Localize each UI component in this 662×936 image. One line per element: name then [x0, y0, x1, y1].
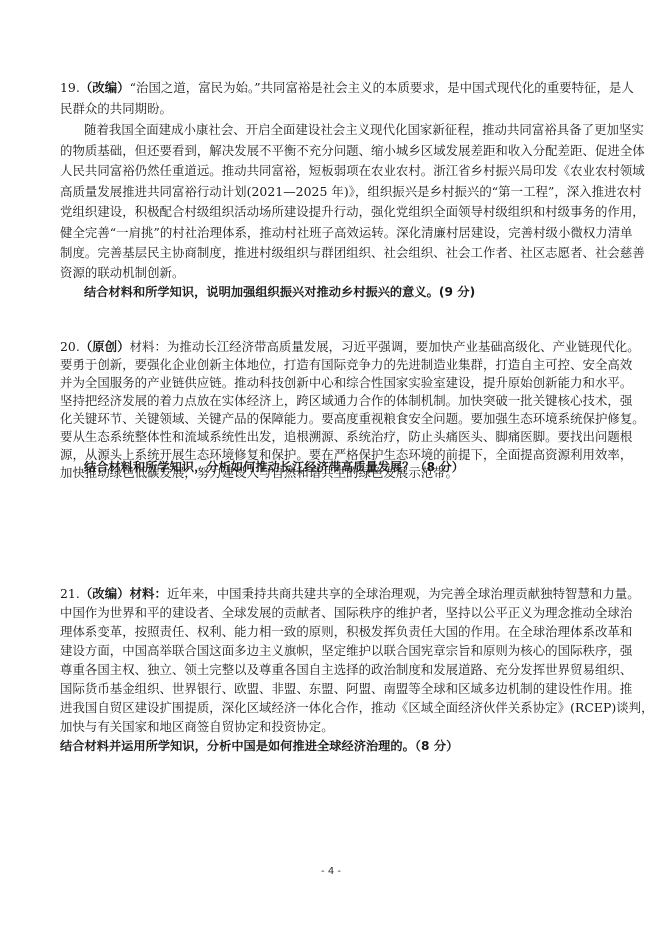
q19-material-line: 的物质基础，但还要看到，解决发展不平衡不充分问题、缩小城乡区域发展差距和收入分配…	[60, 143, 645, 159]
q20-first-line: 20.（原创）材料：为推动长江经济带高质量发展，习近平强调，要加快产业基础高级化…	[60, 339, 640, 355]
q21-first-line-text: 近年来，中国秉持共商共建共享的全球治理观，为完善全球治理贡献独特智慧和力量。	[167, 586, 640, 601]
q19-material-line: 制度。完善基层民主协商制度，推进村级组织与群团组织、社会组织、社会工作者、社区志…	[60, 245, 645, 261]
q20-material-line: 化关键环节、关键领域、关键产品的保障能力。要高度重视粮食安全问题。要加强生态环境…	[60, 411, 645, 427]
q19-material-line: 资源的联动机制创新。	[60, 265, 184, 281]
q21-material-line: 中国作为世界和平的建设者、全球发展的贡献者、国际秩序的维护者，坚持以公平正义为理…	[60, 605, 632, 621]
q21-question: 结合材料并运用所学知识，分析中国是如何推进全球经济治理的。（8 分）	[60, 738, 458, 754]
q19-intro-text: “治国之道，富民为始。”共同富裕是社会主义的本质要求，是中国式现代化的重要特征，…	[130, 80, 634, 95]
q20-material-line: 并为全国服务的产业链供应链。推动科技创新中心和综合性国家实验室建设，提升原始创新…	[60, 375, 632, 391]
q21-material-line: 加快与有关国家和地区商签自贸协定和投资协定。	[60, 719, 334, 735]
q20-question: 结合材料和所学知识，分析如何推动长江经济带高质量发展？（8 分）	[84, 459, 464, 475]
q21-tag: （改编）材料：	[80, 586, 167, 601]
q20-material-line: 坚持把经济发展的着力点放在实体经济上，跨区域通力合作的体制机制。加快突破一批关键…	[60, 393, 632, 409]
q20-first-line-text: 材料：为推动长江经济带高质量发展，习近平强调，要加快产业基础高级化、产业链现代化…	[130, 339, 640, 354]
q20-number: 20.	[60, 339, 80, 354]
document-page: 19.（改编）“治国之道，富民为始。”共同富裕是社会主义的本质要求，是中国式现代…	[0, 0, 662, 936]
q21-number: 21.	[60, 586, 80, 601]
q20-material-line: 要勇于创新，要强化企业创新主体地位，打造有国际竞争力的先进制造业集群，打造自主可…	[60, 357, 632, 373]
q19-material-line: 人民共同富裕仍然任重道远。推动共同富裕，短板弱项在农业农村。浙江省乡村振兴局印发…	[60, 163, 645, 179]
q21-material-line: 理体系变革，按照责任、权利、能力相一致的原则，积极发挥负责任大国的作用。在全球治…	[60, 624, 632, 640]
page-number: - 4 -	[0, 866, 662, 877]
q19-material-line: 高质量发展推进共同富裕行动计划(2021—2025 年)》，组织振兴是乡村振兴的…	[60, 184, 641, 200]
q19-material-line: 健全完善“一肩挑”的村社治理体系，推动村社班子高效运转。深化清廉村居建设，完善村…	[60, 225, 633, 241]
q19-question: 结合材料和所学知识，说明加强组织振兴对推动乡村振兴的意义。(9 分)	[84, 284, 475, 300]
q19-tag: （改编）	[80, 80, 130, 95]
q19-number: 19.	[60, 80, 80, 95]
q19-material-line: 随着我国全面建成小康社会、开启全面建设社会主义现代化国家新征程，推动共同富裕具备…	[84, 122, 644, 138]
q19-intro-line-1: 19.（改编）“治国之道，富民为始。”共同富裕是社会主义的本质要求，是中国式现代…	[60, 80, 634, 96]
q21-material-line: 进我国自贸区建设扩围提质，深化区域经济一体化合作，推动《区域全面经济伙伴关系协定…	[60, 700, 654, 716]
q21-material-line: 国际货币基金组织、世界银行、欧盟、非盟、东盟、阿盟、南盟等全球和区域多边机制的建…	[60, 681, 632, 697]
q19-intro-line-2: 民群众的共同期盼。	[60, 101, 172, 117]
q21-material-line: 建设方面，中国高举联合国这面多边主义旗帜，坚定维护以联合国宪章宗旨和原则为核心的…	[60, 643, 632, 659]
q19-material-line: 党组织建设，积极配合村级组织活动场所建设提升行动，强化党组织全面领导村级组织和村…	[60, 204, 645, 220]
q20-tag: （原创）	[80, 339, 130, 354]
q21-first-line: 21.（改编）材料：近年来，中国秉持共商共建共享的全球治理观，为完善全球治理贡献…	[60, 586, 640, 602]
q20-material-line: 要从生态系统整体性和流域系统性出发，追根溯源、系统治疗，防止头痛医头、脚痛医脚。…	[60, 429, 632, 445]
q21-material-line: 尊重各国主权、独立、领土完整以及尊重各国自主选择的政治制度和发展道路、充分发挥世…	[60, 662, 632, 678]
